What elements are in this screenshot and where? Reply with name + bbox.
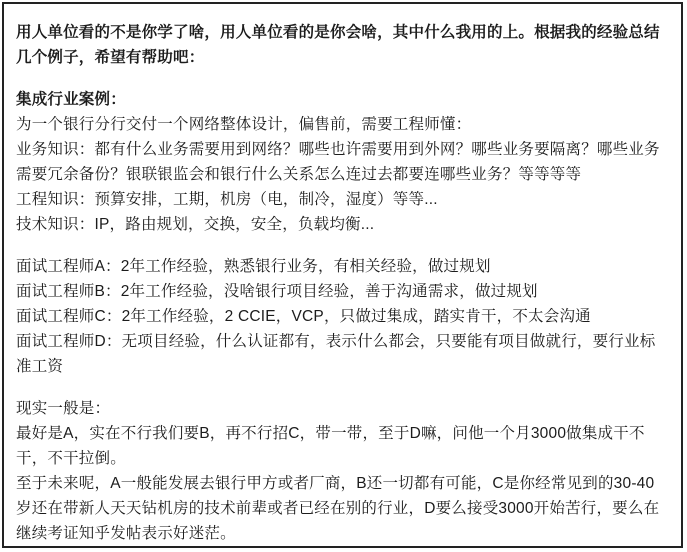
intro-paragraph: 用人单位看的不是你学了啥，用人单位看的是你会啥，其中什么我用的上。根据我的经验总… [16, 20, 669, 70]
reality-heading: 现实一般是： [16, 396, 669, 421]
technical-knowledge: 技术知识：IP，路由规划，交换，安全，负载均衡... [16, 212, 669, 237]
business-knowledge: 业务知识：都有什么业务需要用到网络？哪些也许需要用到外网？哪些业务要隔离？哪些业… [16, 137, 669, 187]
case-heading: 集成行业案例： [16, 87, 669, 112]
candidate-c: 面试工程师C：2年工作经验，2 CCIE，VCP，只做过集成，踏实肯干，不太会沟… [16, 304, 669, 329]
engineering-knowledge: 工程知识：预算安排，工期，机房（电，制冷，湿度）等等... [16, 187, 669, 212]
candidate-b: 面试工程师B：2年工作经验，没啥银行项目经验，善于沟通需求，做过规划 [16, 279, 669, 304]
case-intro: 为一个银行分行交付一个网络整体设计，偏售前，需要工程师懂： [16, 112, 669, 137]
document-page: 用人单位看的不是你学了啥，用人单位看的是你会啥，其中什么我用的上。根据我的经验总… [2, 2, 683, 548]
candidate-a: 面试工程师A：2年工作经验，熟悉银行业务，有相关经验，做过规划 [16, 254, 669, 279]
candidate-d: 面试工程师D：无项目经验，什么认证都有，表示什么都会，只要能有项目做就行，要行业… [16, 329, 669, 379]
reality-paragraph: 最好是A，实在不行我们要B，再不行招C，带一带，至于D嘛，问他一个月3000做集… [16, 421, 669, 471]
future-paragraph: 至于未来呢，A一般能发展去银行甲方或者厂商，B还一切都有可能，C是你经常见到的3… [16, 471, 669, 546]
